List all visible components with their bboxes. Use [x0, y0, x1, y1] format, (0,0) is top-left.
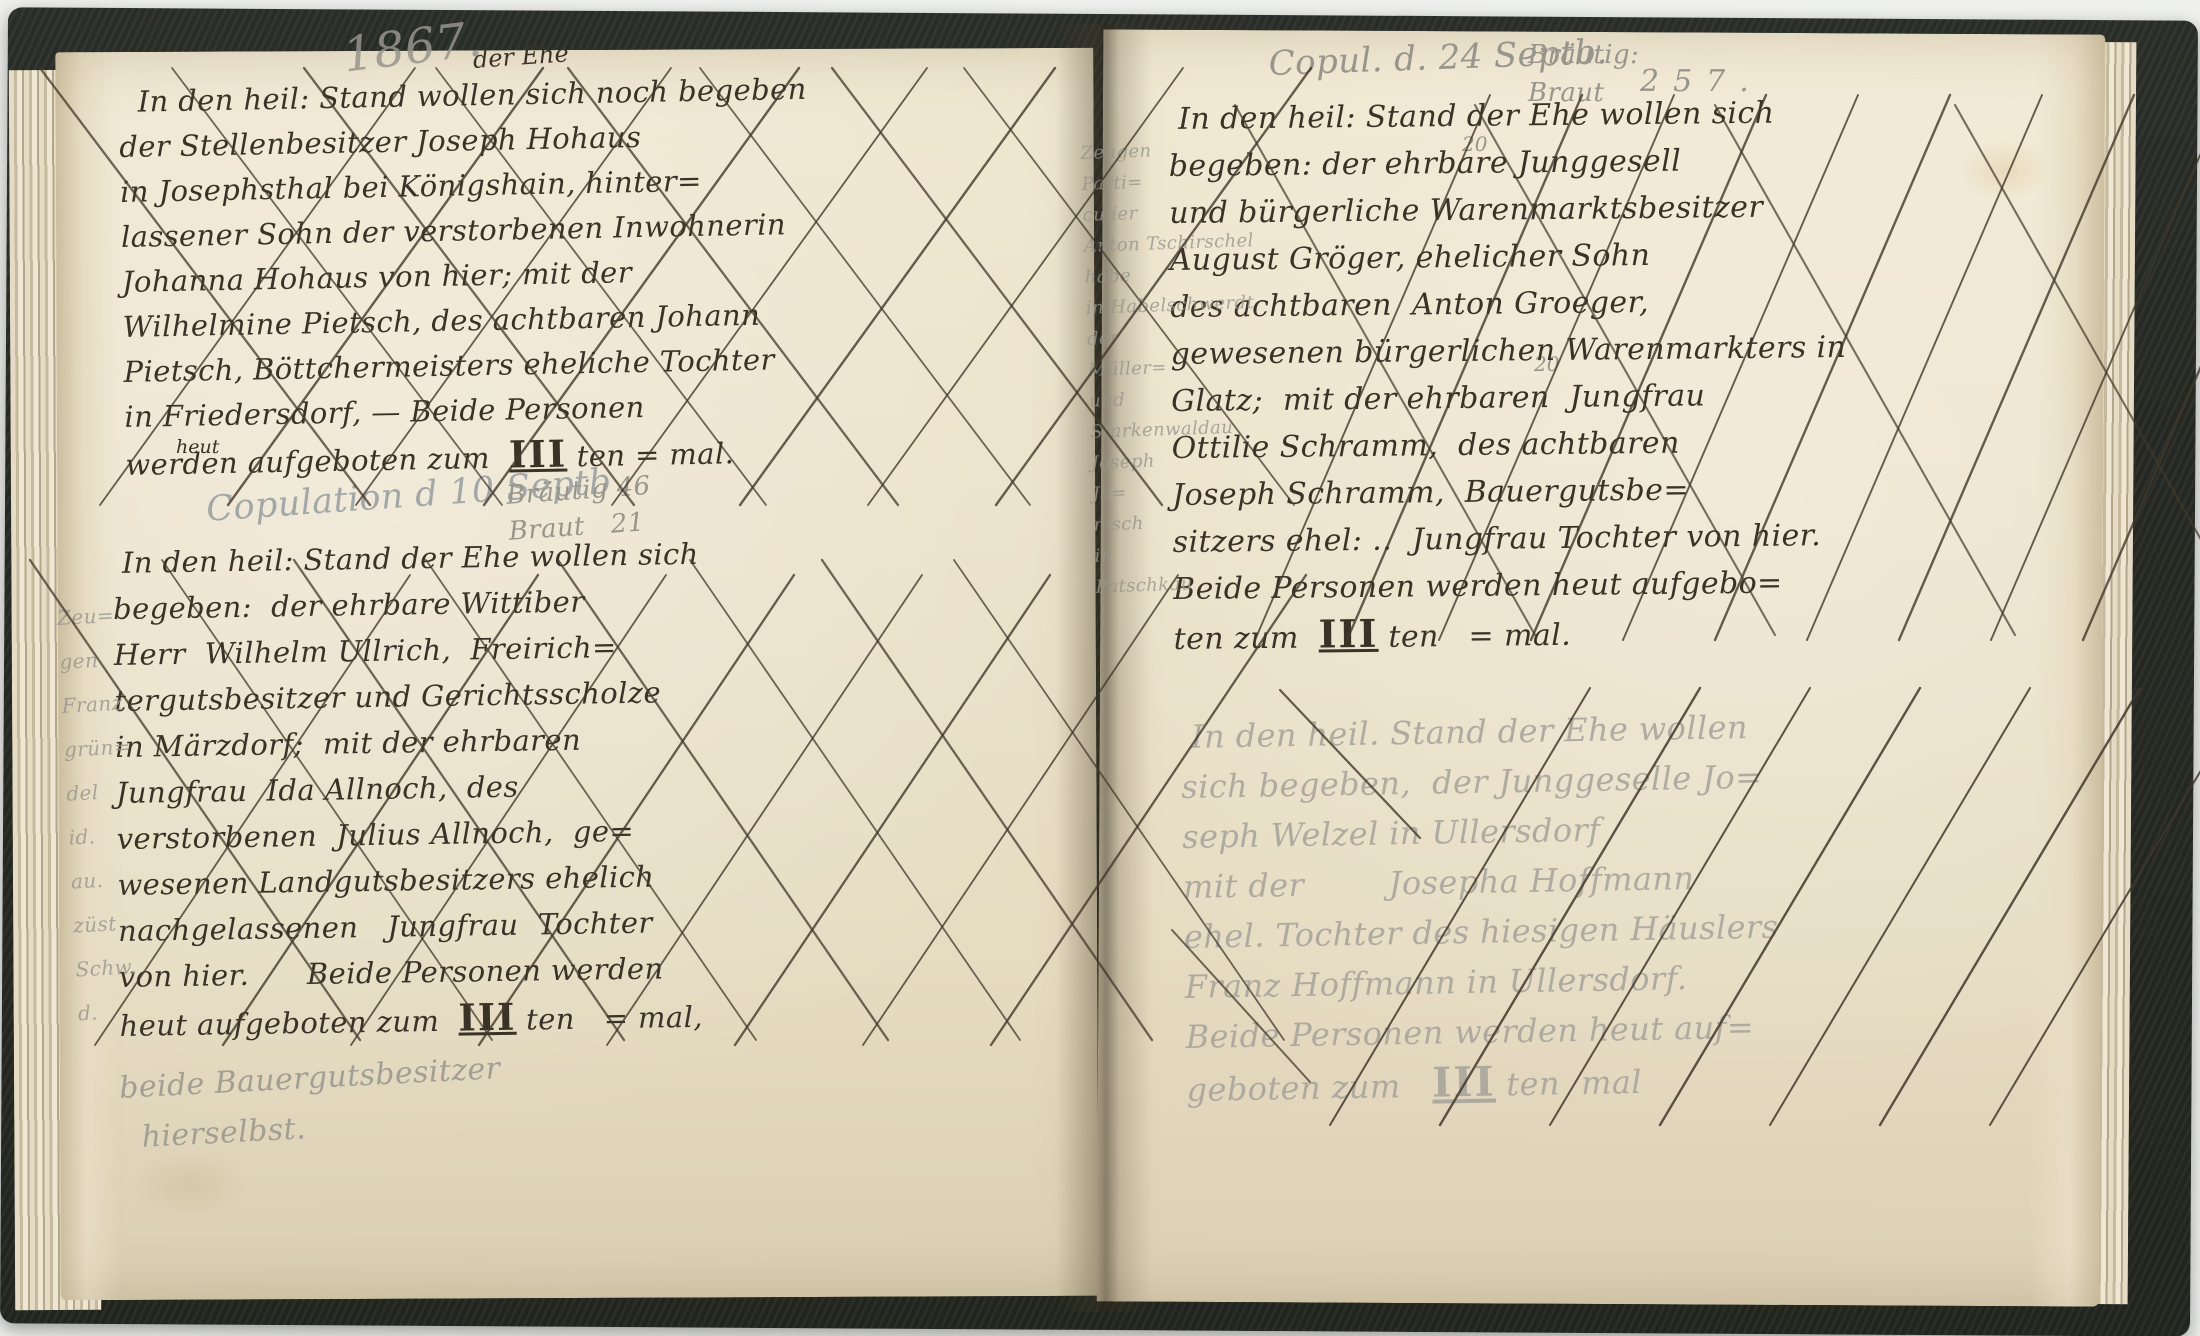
hand-line: ten zum III ten = mal.	[1173, 606, 1849, 663]
hand-line: id.	[68, 812, 137, 859]
banns-entry-welzel-hoffmann-pencil: In den heil. Stand der Ehe wollensich be…	[1180, 702, 1781, 1115]
hand-line: in Habelschwerdt	[1085, 287, 1256, 324]
hand-line: Anton Tschirschel	[1083, 225, 1254, 262]
hand-line: Ottilie Schramm, des achtbaren	[1171, 418, 1847, 472]
hand-line: begeben: der ehrbare Junggesell	[1168, 136, 1844, 190]
hand-line: sich begeben, der Junggeselle Jo=	[1181, 752, 1776, 812]
hand-line: gen	[58, 636, 127, 683]
hand-line: au.	[70, 856, 139, 903]
hand-line: heut aufgeboten zum III ten = mal,	[119, 991, 706, 1049]
hand-line: sitzers ehel: .. Jungfrau Tochter von hi…	[1172, 512, 1848, 566]
hand-line: ehel. Tochter des hiesigen Häuslers	[1183, 902, 1778, 962]
photo-of-open-register-book: 1867. der Ehe In den heil: Stand wollen …	[0, 0, 2200, 1336]
hand-line: tergutsbesitzer und Gerichtsscholze	[114, 669, 701, 724]
bottom-pencil-note-left: beide Bauergutsbesitzer hierselbst.	[118, 1044, 504, 1164]
roman-three: III	[1432, 1058, 1496, 1107]
hand-line: grün=	[63, 724, 132, 771]
hand-line: August Gröger, ehelicher Sohn	[1169, 230, 1845, 284]
hand-line: Glatz; mit der ehrbaren Jungfrau	[1171, 371, 1847, 425]
hand-line: Franz	[61, 680, 130, 727]
hand-line: und bürgerliche Warenmarktsbesitzer	[1169, 183, 1845, 237]
hand-line: In den heil: Stand der Ehe wollen sich	[1168, 89, 1844, 143]
hand-line: gewesenen bürgerlichen Warenmarkters in	[1170, 324, 1846, 378]
banns-entry-hohaus-pietsch: In den heil: Stand wollen sich noch bege…	[118, 67, 814, 488]
hand-line: Bräutig:	[1528, 36, 1639, 74]
hand-line: Zeu=	[56, 592, 125, 639]
hand-line: Schw.	[74, 944, 143, 991]
right-margin-pencil-notes: ZeugenParti=culierAnton Tschirschelhabei…	[1080, 132, 1266, 603]
hand-line: Beide Personen werden heut aufgebo=	[1173, 559, 1849, 613]
hand-line: züst	[72, 900, 141, 947]
hand-line: In den heil: Stand der Ehe wollen sich	[112, 531, 699, 586]
hand-line: Joseph Schramm, Bauergutsbe=	[1172, 465, 1848, 519]
banns-entry-groeger-schramm: In den heil: Stand der Ehe wollen sichbe…	[1168, 89, 1849, 663]
hand-line: d.	[77, 988, 146, 1035]
banns-entry-ullrich-allnoch: In den heil: Stand der Ehe wollen sichbe…	[112, 531, 706, 1049]
hand-line: del	[65, 768, 134, 815]
roman-three: III	[1318, 612, 1378, 658]
hand-line: geboten zum III ten mal	[1186, 1052, 1781, 1115]
hand-line: Patschkau	[1095, 566, 1266, 603]
interlinear-insert-heut: heut	[176, 436, 219, 458]
hand-line: Beide Personen werden heut auf=	[1185, 1002, 1780, 1062]
roman-three: III	[458, 995, 517, 1040]
hand-line: des achtbaren Anton Groeger,	[1170, 277, 1846, 331]
